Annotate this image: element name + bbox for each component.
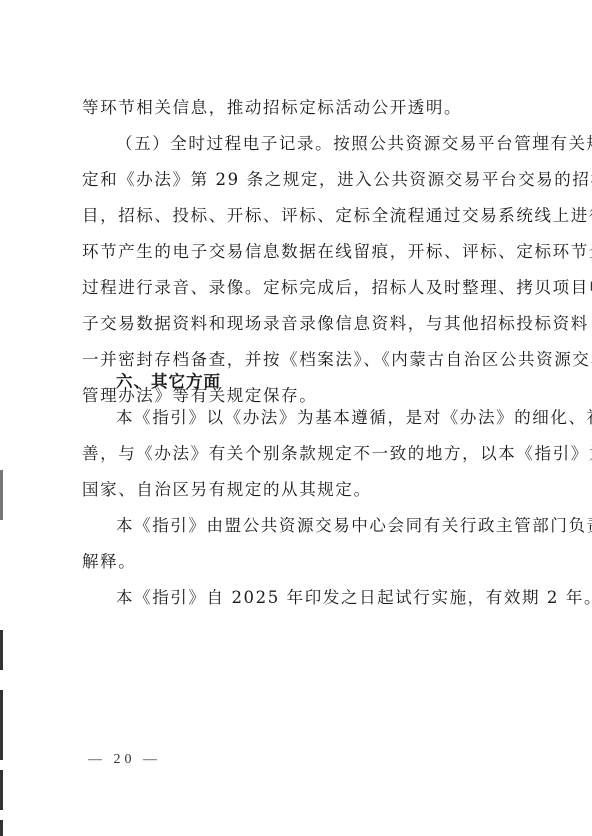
paragraph-line: 等环节相关信息，推动招标定标活动公开透明。 [82, 98, 532, 118]
page-number: — 20 — [88, 752, 161, 768]
paragraph-line: 环节产生的电子交易信息数据在线留痕，开标、评标、定标环节全 [82, 242, 532, 262]
paragraph-line: 定和《办法》第 29 条之规定，进入公共资源交易平台交易的招标项 [82, 170, 532, 190]
paragraph-line: 过程进行录音、录像。定标完成后，招标人及时整理、拷贝项目电 [82, 278, 532, 298]
scan-edge-mark [0, 470, 3, 520]
paragraph-line: 本《指引》由盟公共资源交易中心会同有关行政主管部门负责 [116, 516, 532, 536]
scan-edge-mark [0, 770, 3, 810]
section-5-title-line: （五）全时过程电子记录。按照公共资源交易平台管理有关规 [116, 134, 532, 154]
paragraph-line: 本《指引》以《办法》为基本遵循，是对《办法》的细化、补充和完 [116, 408, 532, 428]
paragraph-line: 目，招标、投标、开标、评标、定标全流程通过交易系统线上进行，各 [82, 206, 532, 226]
paragraph-line: 国家、自治区另有规定的从其规定。 [82, 480, 532, 500]
scan-edge-mark [0, 820, 3, 836]
paragraph-line: 善，与《办法》有关个别条款规定不一致的地方，以本《指引》为准。 [82, 444, 532, 464]
paragraph-line: 子交易数据资料和现场录音录像信息资料，与其他招标投标资料 [82, 314, 532, 334]
scan-speck [537, 132, 538, 138]
section-6-heading: 六、其它方面 [116, 372, 532, 392]
scan-edge-mark [0, 630, 3, 670]
paragraph-line: 本《指引》自 2025 年印发之日起试行实施，有效期 2 年。 [116, 588, 532, 608]
paragraph-line: 一并密封存档备查，并按《档案法》、《内蒙古自治区公共资源交易 [82, 350, 532, 370]
scan-edge-mark [0, 690, 3, 760]
paragraph-line: 解释。 [82, 552, 532, 572]
document-page: 等环节相关信息，推动招标定标活动公开透明。 （五）全时过程电子记录。按照公共资源… [0, 0, 592, 836]
